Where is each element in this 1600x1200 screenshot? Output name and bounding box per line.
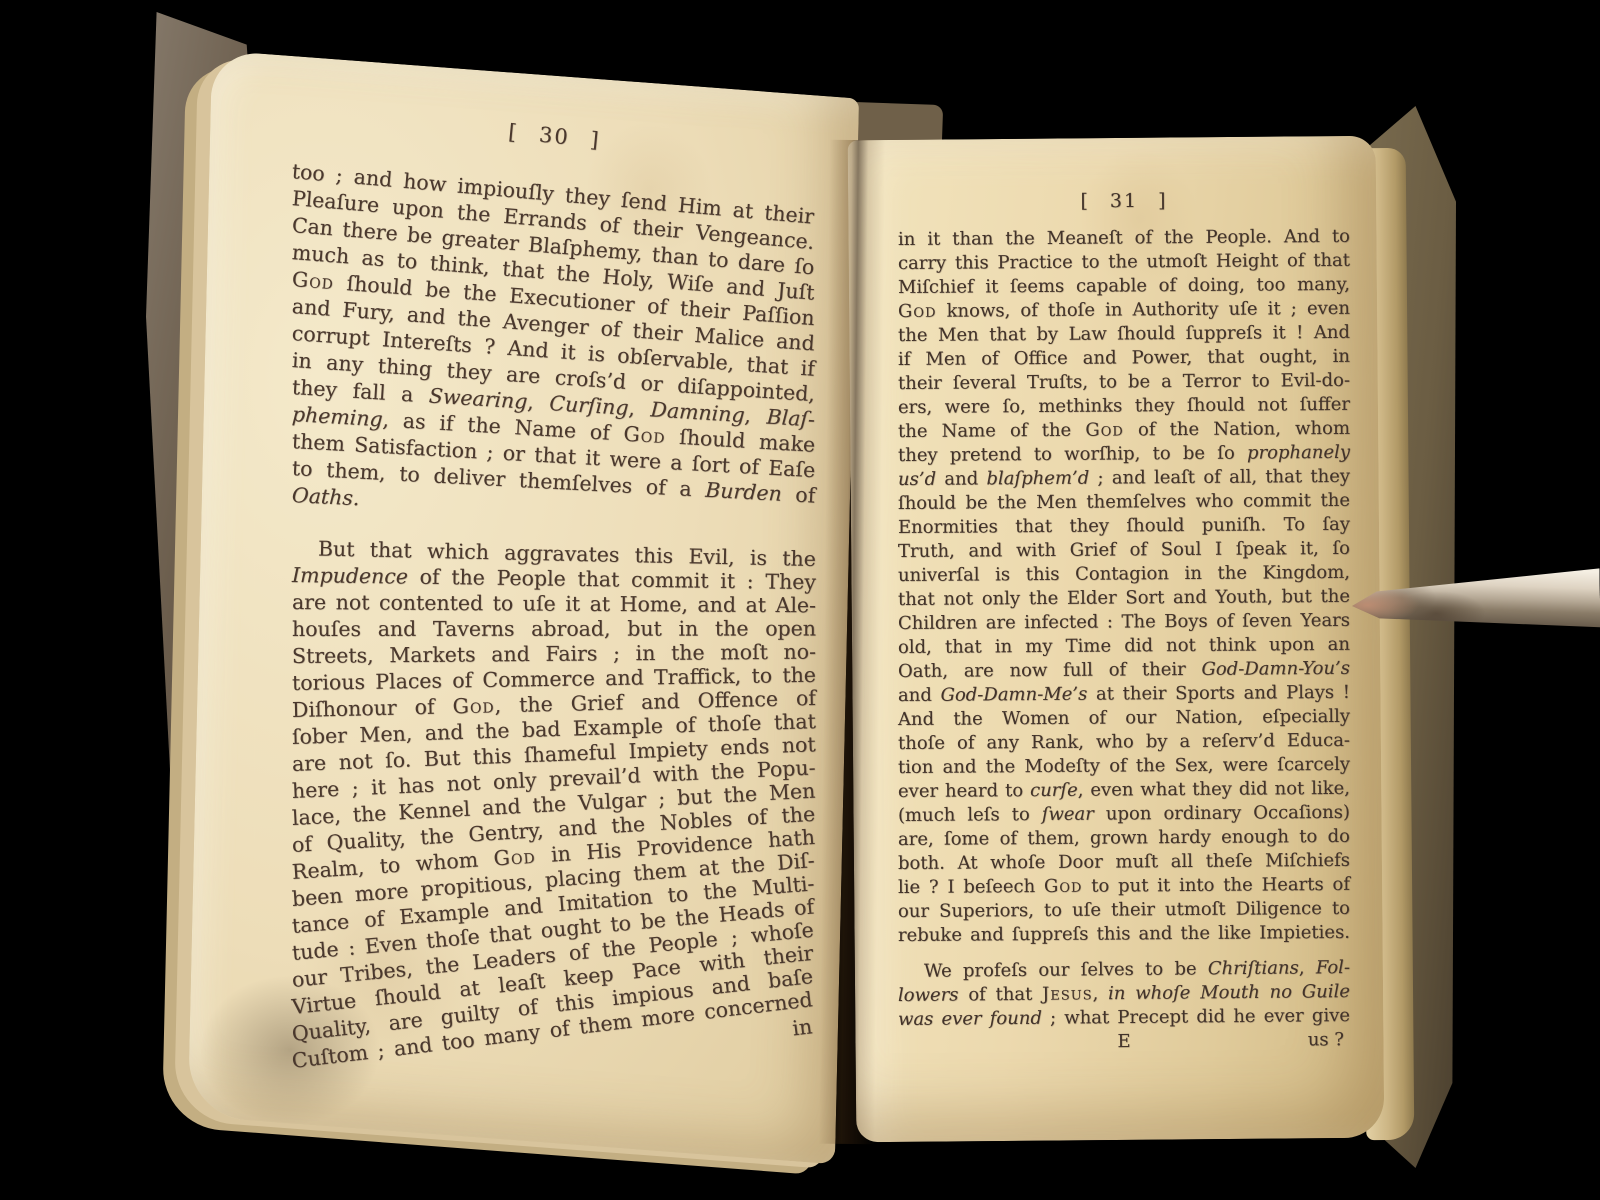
text-line: (much leſs to ſwear upon ordinary Occaſi… xyxy=(898,801,1350,828)
text-line: if Men of Office and Power, that ought, … xyxy=(898,345,1350,372)
left-catchword: in xyxy=(292,1077,816,1104)
photo-of-open-book: [ 30 ] too ; and how impiouſly they ſend… xyxy=(0,0,1600,1200)
right-page-text: [ 31 ] in it than the Meaneſt of the Peo… xyxy=(898,190,1350,1056)
right-paragraph-1: in it than the Meaneſt of the People. An… xyxy=(898,228,1350,948)
text-line: ſhould be the Men themſelves who commit … xyxy=(898,489,1350,516)
text-line: ers, were ſo, methinks they ſhould not ſ… xyxy=(898,393,1350,420)
text-line: that not only the Elder Sort and Youth, … xyxy=(898,585,1350,612)
text-line: rebuke and ſuppreſs this and the like Im… xyxy=(898,921,1350,948)
text-line: ever heard to curſe, even what they did … xyxy=(898,777,1350,804)
left-paragraph-1: too ; and how impiouſly they ſend Him at… xyxy=(292,158,816,509)
text-line: And the Women of our Nation, eſpecially xyxy=(898,705,1350,732)
left-page-text: [ 30 ] too ; and how impiouſly they ſend… xyxy=(292,124,816,1104)
text-line: thoſe of any Rank, who by a reſerv’d Edu… xyxy=(898,729,1350,756)
gutter-shadow xyxy=(819,140,886,1145)
left-paragraph-2: But that which aggravates this Evil, is … xyxy=(292,535,816,1075)
text-line: in it than the Meaneſt of the People. An… xyxy=(898,225,1350,252)
text-line: Oath, are now full of their God-Damn-You… xyxy=(898,657,1350,684)
page-number-right: [ 31 ] xyxy=(898,189,1350,217)
text-line: God knows, of thoſe in Authority uſe it … xyxy=(898,297,1350,324)
text-line: the Men that by Law ſhould ſuppreſs it !… xyxy=(898,321,1350,348)
text-line: us’d and blaſphem’d ; and leaſt of all, … xyxy=(898,465,1350,492)
text-line: are, ſome of them, grown hardy enough to… xyxy=(898,825,1350,852)
text-line: Enormities that they ſhould puniſh. To ſ… xyxy=(898,513,1350,540)
text-line: and God-Damn-Me’s at their Sports and Pl… xyxy=(898,681,1350,708)
right-paragraph-2: We profeſs our ſelves to be Chriſtians, … xyxy=(898,960,1350,1056)
text-line: both. At whoſe Door muſt all theſe Miſch… xyxy=(898,849,1350,876)
text-line: old, that in my Time did not think upon … xyxy=(898,633,1350,660)
text-line: our Superiors, to uſe their utmoſt Dilig… xyxy=(898,897,1350,924)
text-line: lie ? I beſeech God to put it into the H… xyxy=(898,873,1350,900)
text-line: their ſeveral Truſts, to be a Terror to … xyxy=(898,369,1350,396)
text-line: Eus ? xyxy=(898,1028,1350,1056)
text-line: they pretend to worſhip, to be ſo propha… xyxy=(898,441,1350,468)
text-line: Truth, and with Grief of Soul I ſpeak it… xyxy=(898,537,1350,564)
text-line: Miſchief it ſeems capable of doing, too … xyxy=(898,273,1350,300)
text-line: Children are infected : The Boys of ſeve… xyxy=(898,609,1350,636)
text-line: univerſal is this Contagion in the Kingd… xyxy=(898,561,1350,588)
text-line: carry this Practice to the utmoſt Height… xyxy=(898,249,1350,276)
text-line: tion and the Modeſty of the Sex, were ſc… xyxy=(898,753,1350,780)
text-line: the Name of the God of the Nation, whom xyxy=(898,417,1350,444)
